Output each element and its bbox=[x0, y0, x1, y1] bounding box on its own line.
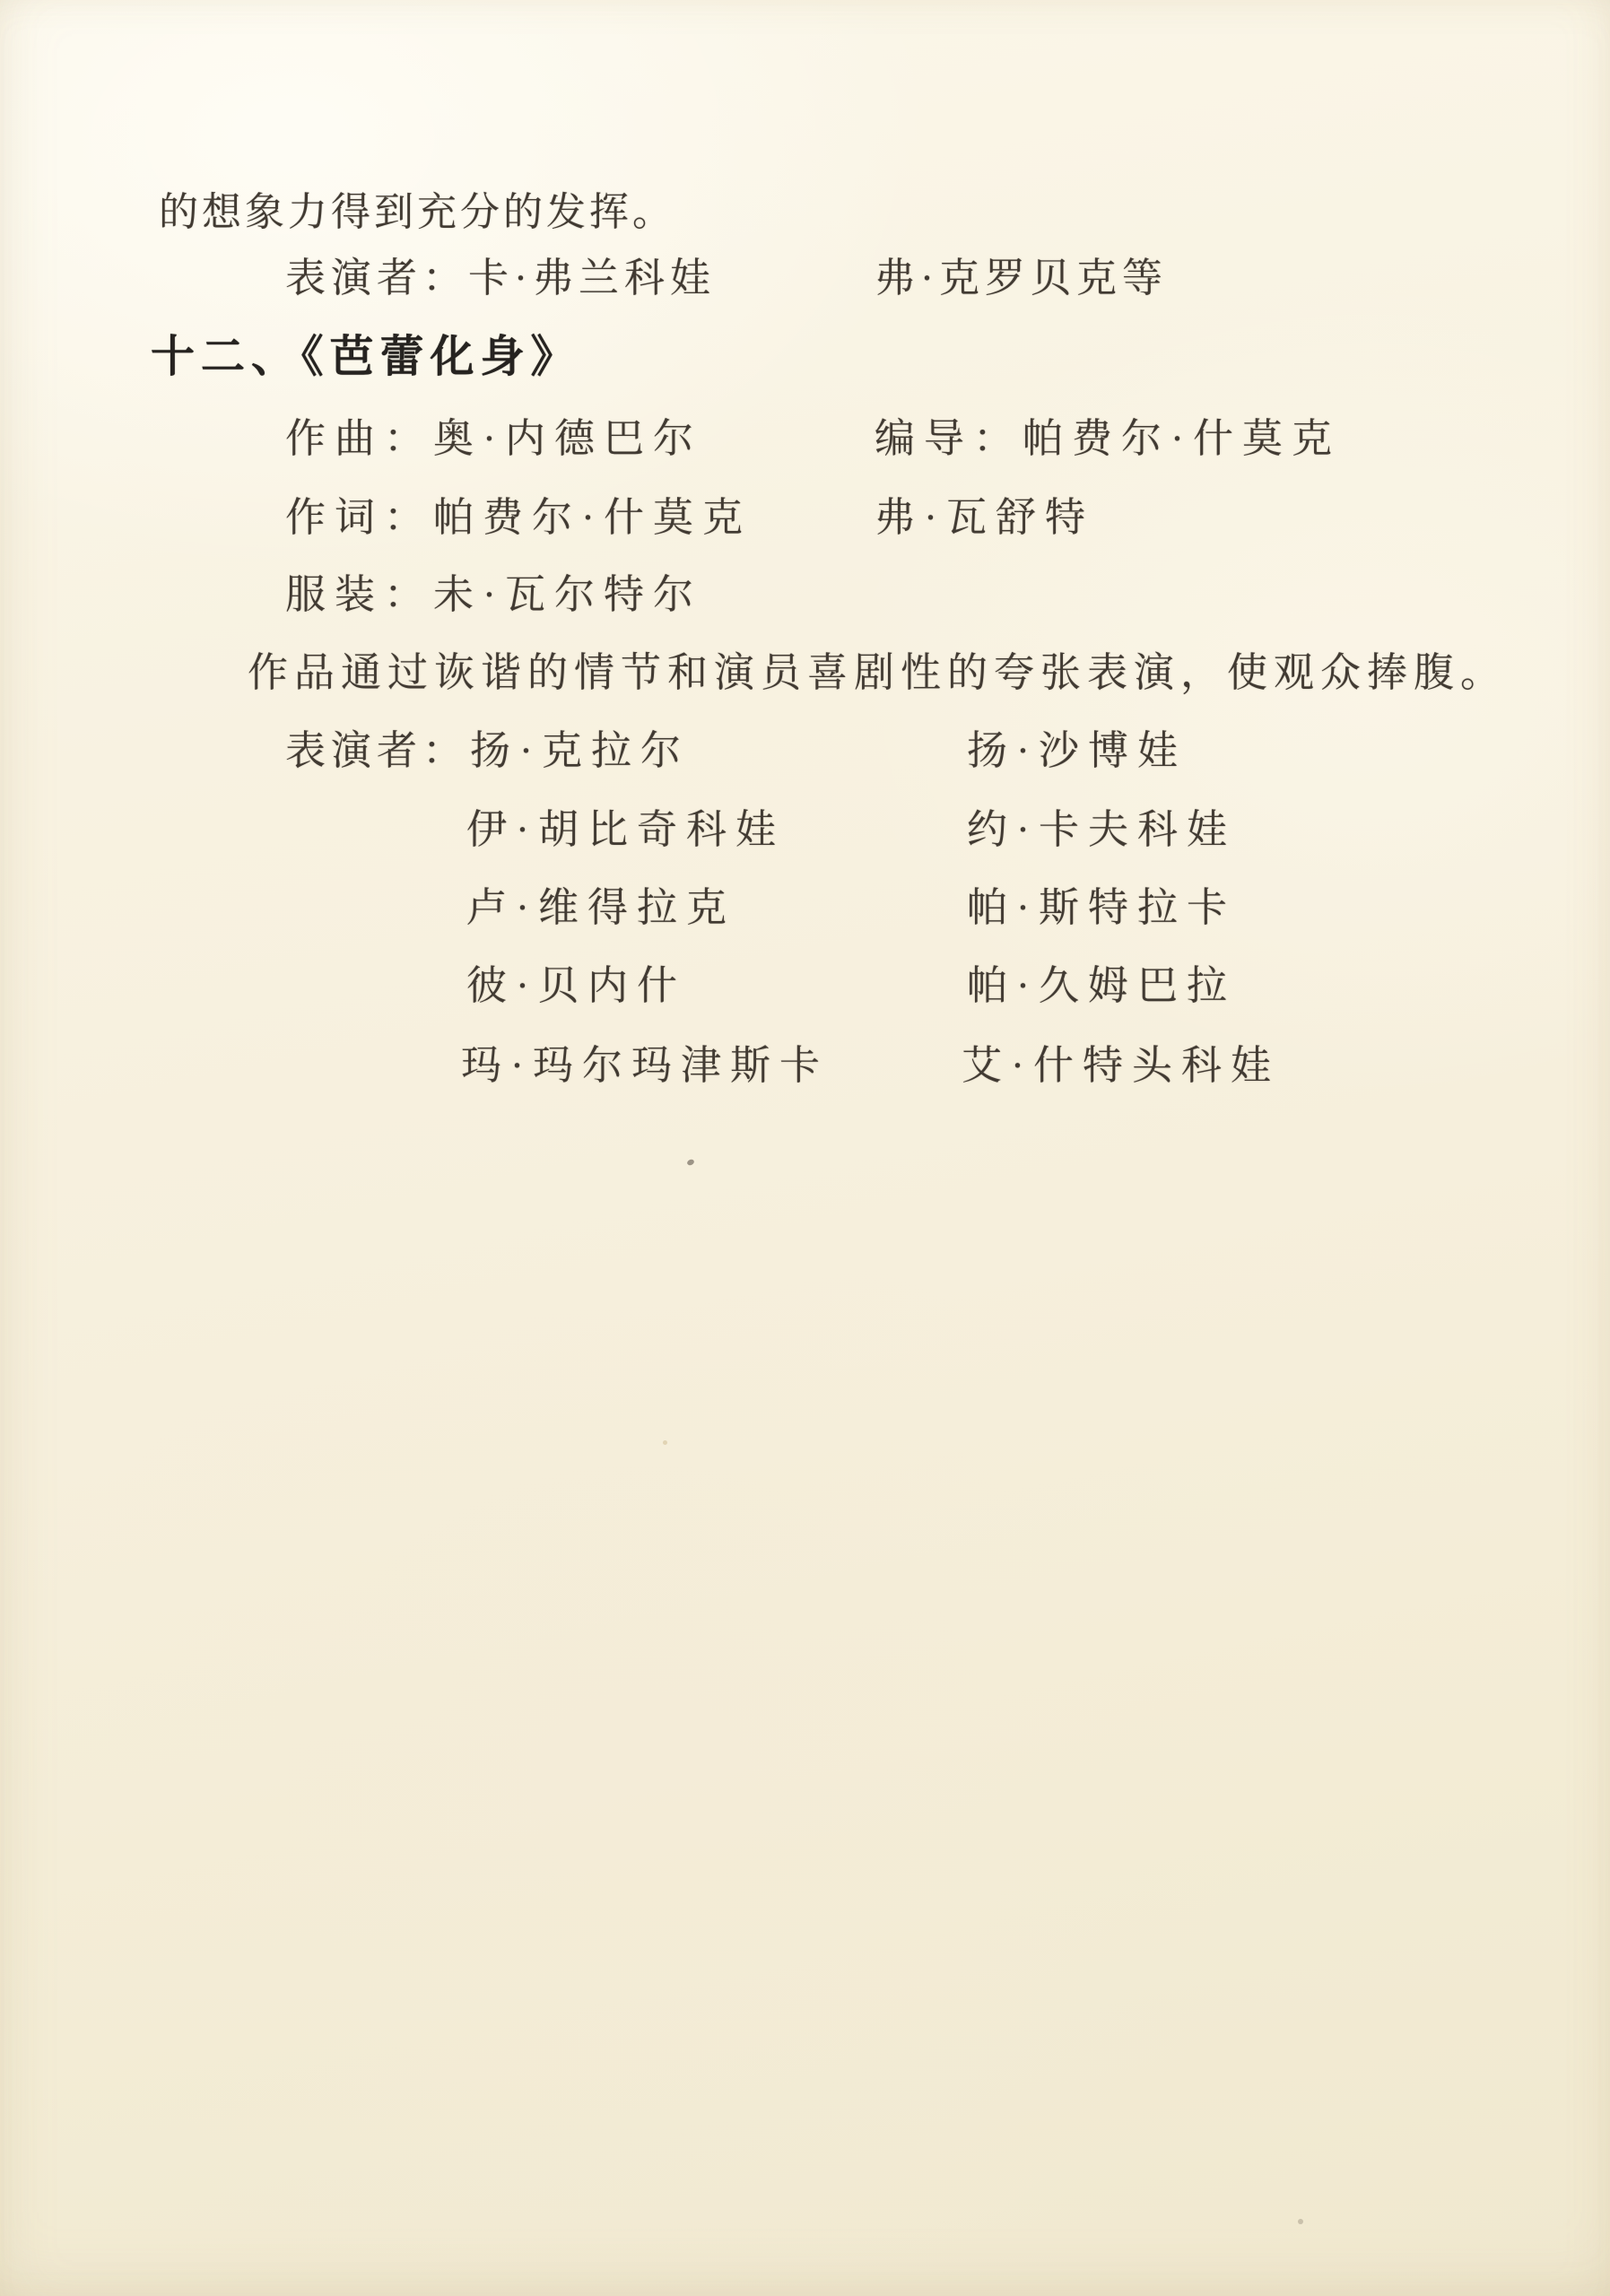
performer-name: 伊·胡比奇科娃 bbox=[466, 807, 785, 854]
paper-speck bbox=[686, 1159, 695, 1167]
intro-line: 的想象力得到充分的发挥。 bbox=[159, 190, 675, 236]
credit-lyricist-2: 弗·瓦舒特 bbox=[875, 495, 1094, 542]
credit-director: 编导：帕费尔·什莫克 bbox=[875, 416, 1341, 463]
paper-speck bbox=[1298, 2219, 1303, 2224]
description-line: 作品通过诙谐的情节和演员喜剧性的夸张表演，使观众捧腹。 bbox=[248, 650, 1507, 697]
performer-name: 约·卡夫科娃 bbox=[967, 807, 1236, 854]
performer-name: 彼·贝内什 bbox=[466, 963, 686, 1010]
performer-name: 玛·玛尔玛津斯卡 bbox=[461, 1043, 829, 1090]
performer-name: 扬·沙博娃 bbox=[967, 728, 1187, 775]
performer-name: 卢·维得拉克 bbox=[466, 885, 735, 932]
prev-performers-left: 表演者：卡·弗兰科娃 bbox=[285, 256, 716, 302]
performer-name: 艾·什特头科娃 bbox=[962, 1043, 1280, 1090]
performer-name: 扬·克拉尔 bbox=[470, 728, 690, 775]
credit-lyricist: 作词：帕费尔·什莫克 bbox=[285, 495, 752, 542]
scanned-document-page: 的想象力得到充分的发挥。 表演者：卡·弗兰科娃 弗·克罗贝克等 十二、《芭蕾化身… bbox=[0, 0, 1610, 2296]
performers-label: 表演者： bbox=[285, 728, 468, 775]
credit-costume: 服装：未·瓦尔特尔 bbox=[285, 572, 702, 619]
paper-speck bbox=[663, 1440, 667, 1445]
prev-performers-right: 弗·克罗贝克等 bbox=[875, 256, 1168, 302]
section-heading: 十二、《芭蕾化身》 bbox=[151, 332, 581, 382]
credit-composer: 作曲：奥·内德巴尔 bbox=[285, 416, 702, 463]
performer-name: 帕·久姆巴拉 bbox=[967, 963, 1236, 1010]
performer-name: 帕·斯特拉卡 bbox=[967, 885, 1236, 932]
